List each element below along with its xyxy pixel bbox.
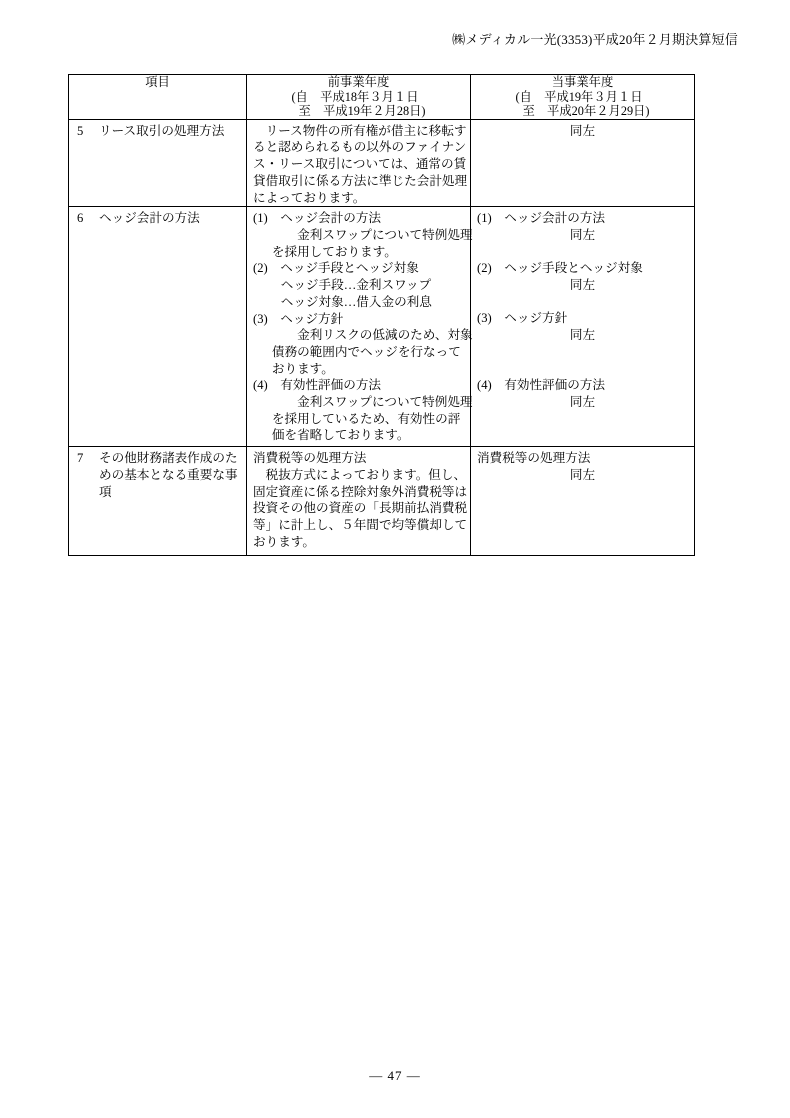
col-header-item: 項目 (69, 75, 247, 120)
curr-year-from: (自 平成19年３月１日 (515, 90, 649, 105)
item-number: 6 (77, 210, 99, 227)
item-cell: 7その他財務諸表作成のための基本となる重要な事項 (69, 447, 247, 556)
item-number: 5 (77, 123, 99, 140)
text-line: ヘッジ手段…金利スワップ (247, 277, 470, 294)
curr-year-cell: 消費税等の処理方法同左 (471, 447, 695, 556)
text-line: 価を省略しております。 (247, 427, 470, 444)
item-cell: 6ヘッジ会計の方法 (69, 207, 247, 447)
text-line: (1) ヘッジ会計の方法 (471, 210, 694, 227)
item-title: ヘッジ会計の方法 (99, 211, 200, 225)
text-line: おります。 (247, 361, 470, 378)
text-line: 同左 (471, 277, 694, 294)
table-row: 7その他財務諸表作成のための基本となる重要な事項消費税等の処理方法税抜方式によっ… (69, 447, 695, 556)
text-line: 同左 (471, 123, 694, 140)
text-line: を採用しているため、有効性の評 (247, 411, 470, 428)
prev-year-cell: (1) ヘッジ会計の方法金利スワップについて特例処理を採用しております。(2) … (247, 207, 471, 447)
text-line: (3) ヘッジ方針 (471, 310, 694, 327)
prev-year-cell: 消費税等の処理方法税抜方式によっております。但し、固定資産に係る控除対象外消費税… (247, 447, 471, 556)
prev-year-cell: リース物件の所有権が借主に移転すると認められるもの以外のファイナンス・リース取引… (247, 119, 471, 207)
text-line: (1) ヘッジ会計の方法 (247, 210, 470, 227)
col-header-prev-year: 前事業年度 (自 平成18年３月１日 至 平成19年２月28日) (247, 75, 471, 120)
text-line: 同左 (471, 467, 694, 484)
text-line: 等」に計上し、５年間で均等償却して (247, 517, 470, 534)
item-number: 7 (77, 450, 99, 467)
text-line (471, 244, 694, 261)
text-line: 金利スワップについて特例処理 (247, 394, 470, 411)
text-line: おります。 (247, 534, 470, 551)
text-line: (2) ヘッジ手段とヘッジ対象 (471, 260, 694, 277)
curr-year-cell: (1) ヘッジ会計の方法同左(2) ヘッジ手段とヘッジ対象同左(3) ヘッジ方針… (471, 207, 695, 447)
curr-year-cell: 同左 (471, 119, 695, 207)
text-line: 同左 (471, 227, 694, 244)
table-row: 5リース取引の処理方法リース物件の所有権が借主に移転すると認められるもの以外のフ… (69, 119, 695, 207)
text-line: ると認められるもの以外のファイナン (247, 139, 470, 156)
text-line: ス・リース取引については、通常の賃 (247, 156, 470, 173)
text-line: 同左 (471, 327, 694, 344)
item-line: 項 (69, 484, 246, 501)
text-line: (3) ヘッジ方針 (247, 311, 470, 328)
item-title: リース取引の処理方法 (99, 124, 224, 138)
page-number: ― 47 ― (0, 1068, 790, 1084)
table-header-row: 項目 前事業年度 (自 平成18年３月１日 至 平成19年２月28日) 当事業年… (69, 75, 695, 120)
text-line: ヘッジ対象…借入金の利息 (247, 294, 470, 311)
text-line (471, 294, 694, 311)
text-line: (2) ヘッジ手段とヘッジ対象 (247, 260, 470, 277)
item-line: めの基本となる重要な事 (69, 467, 246, 484)
item-line: 5リース取引の処理方法 (69, 123, 246, 140)
table-row: 6ヘッジ会計の方法(1) ヘッジ会計の方法金利スワップについて特例処理を採用して… (69, 207, 695, 447)
accounting-policies-table: 項目 前事業年度 (自 平成18年３月１日 至 平成19年２月28日) 当事業年… (68, 74, 695, 556)
prev-year-period: (自 平成18年３月１日 至 平成19年２月28日) (291, 90, 425, 119)
curr-year-title: 当事業年度 (471, 75, 694, 90)
text-line (471, 344, 694, 361)
text-line: 金利リスクの低減のため、対象 (247, 327, 470, 344)
text-line: 債務の範囲内でヘッジを行なって (247, 344, 470, 361)
text-line: リース物件の所有権が借主に移転す (247, 123, 470, 140)
item-title: その他財務諸表作成のた (99, 451, 238, 465)
col-header-curr-year: 当事業年度 (自 平成19年３月１日 至 平成20年２月29日) (471, 75, 695, 120)
text-line: 消費税等の処理方法 (247, 450, 470, 467)
prev-year-to: 至 平成19年２月28日) (291, 104, 425, 119)
text-line: 税抜方式によっております。但し、 (247, 467, 470, 484)
text-line: 消費税等の処理方法 (471, 450, 694, 467)
text-line: 固定資産に係る控除対象外消費税等は (247, 484, 470, 501)
item-line: 7その他財務諸表作成のた (69, 450, 246, 467)
text-line: 金利スワップについて特例処理 (247, 227, 470, 244)
item-line: 6ヘッジ会計の方法 (69, 210, 246, 227)
text-line: 同左 (471, 394, 694, 411)
prev-year-from: (自 平成18年３月１日 (291, 90, 425, 105)
text-line: を採用しております。 (247, 244, 470, 261)
item-cell: 5リース取引の処理方法 (69, 119, 247, 207)
text-line: (4) 有効性評価の方法 (471, 377, 694, 394)
curr-year-to: 至 平成20年２月29日) (515, 104, 649, 119)
prev-year-title: 前事業年度 (247, 75, 470, 90)
text-line (471, 361, 694, 378)
text-line: 貸借取引に係る方法に準じた会計処理 (247, 173, 470, 190)
text-line: 投資その他の資産の「長期前払消費税 (247, 500, 470, 517)
document-header: ㈱メディカル一光(3353)平成20年２月期決算短信 (452, 29, 738, 48)
curr-year-period: (自 平成19年３月１日 至 平成20年２月29日) (515, 90, 649, 119)
text-line: によっております。 (247, 190, 470, 207)
text-line: (4) 有効性評価の方法 (247, 377, 470, 394)
